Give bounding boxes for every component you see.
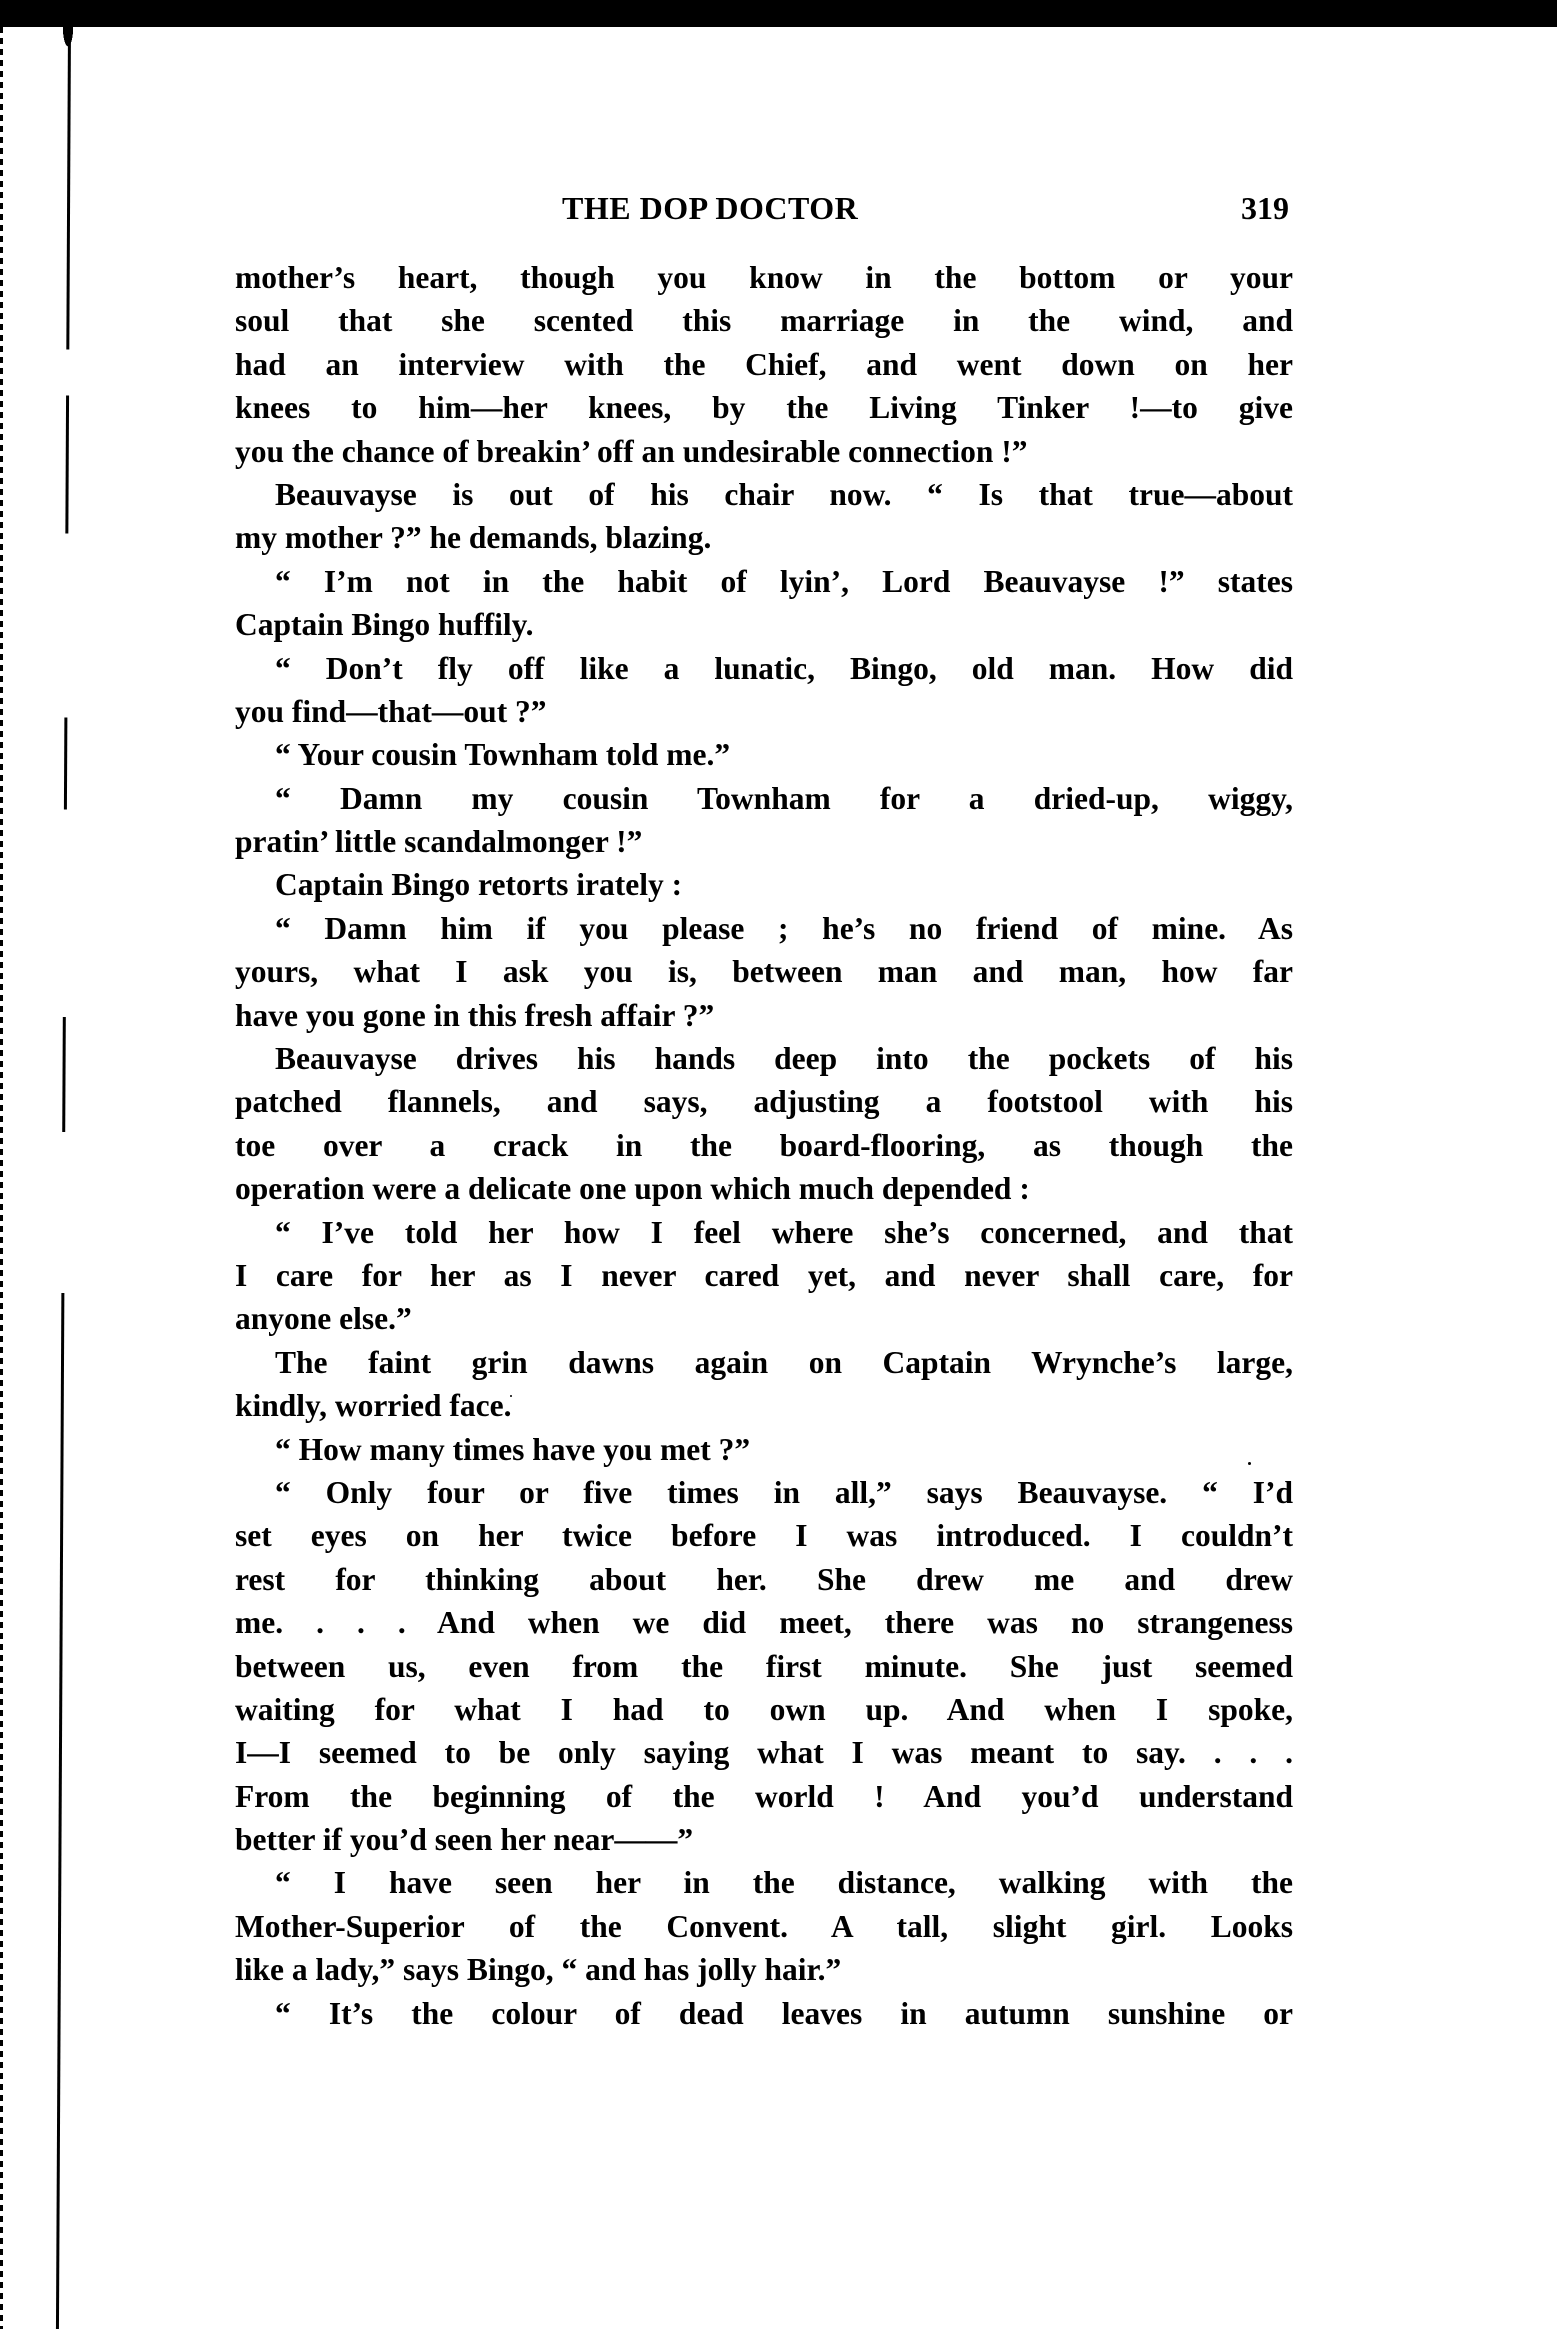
text-line: Beauvayse drives his hands deep into the…: [235, 1037, 1293, 1080]
text-line: “ I have seen her in the distance, walki…: [235, 1861, 1293, 1904]
scan-gutter-notch: [60, 27, 76, 57]
text-line: Beauvayse is out of his chair now. “ Is …: [235, 473, 1293, 516]
text-line: Mother-Superior of the Convent. A tall, …: [235, 1905, 1293, 1948]
text-line: set eyes on her twice before I was intro…: [235, 1514, 1293, 1557]
text-line: yours, what I ask you is, between man an…: [235, 950, 1293, 993]
text-line: between us, even from the first minute. …: [235, 1645, 1293, 1688]
text-line: had an interview with the Chief, and wen…: [235, 343, 1293, 386]
running-head: THE DOP DOCTOR 319: [235, 190, 1293, 234]
text-line: The faint grin dawns again on Captain Wr…: [235, 1341, 1293, 1384]
text-line: I—I seemed to be only saying what I was …: [235, 1731, 1293, 1774]
text-line: “ Damn my cousin Townham for a dried-up,…: [235, 777, 1293, 820]
scan-gutter-line: [56, 27, 71, 2329]
scan-speck: [1248, 1462, 1251, 1465]
text-line: “ I’m not in the habit of lyin’, Lord Be…: [235, 560, 1293, 603]
scan-left-edge-line: [0, 27, 3, 2329]
scan-top-border: [0, 0, 1557, 27]
text-line: “ How many times have you met ?”: [235, 1428, 1293, 1471]
text-line: you find—that—out ?”: [235, 690, 1293, 733]
text-line: “ Only four or five times in all,” says …: [235, 1471, 1293, 1514]
text-line: operation were a delicate one upon which…: [235, 1167, 1293, 1210]
text-line: rest for thinking about her. She drew me…: [235, 1558, 1293, 1601]
book-title: THE DOP DOCTOR: [562, 190, 858, 227]
text-line: my mother ?” he demands, blazing.: [235, 516, 1293, 559]
text-line: From the beginning of the world ! And yo…: [235, 1775, 1293, 1818]
text-line: Captain Bingo retorts irately :: [235, 863, 1293, 906]
text-line: like a lady,” says Bingo, “ and has joll…: [235, 1948, 1293, 1991]
text-line: Captain Bingo huffily.: [235, 603, 1293, 646]
text-line: toe over a crack in the board-flooring, …: [235, 1124, 1293, 1167]
text-line: waiting for what I had to own up. And wh…: [235, 1688, 1293, 1731]
text-line: I care for her as I never cared yet, and…: [235, 1254, 1293, 1297]
text-line: “ Damn him if you please ; he’s no frien…: [235, 907, 1293, 950]
text-line: knees to him—her knees, by the Living Ti…: [235, 386, 1293, 429]
scanned-book-page: THE DOP DOCTOR 319 mother’s heart, thoug…: [0, 0, 1557, 2329]
text-line: “ I’ve told her how I feel where she’s c…: [235, 1211, 1293, 1254]
text-line: mother’s heart, though you know in the b…: [235, 256, 1293, 299]
page-number: 319: [1241, 190, 1289, 227]
text-line: kindly, worried face.: [235, 1384, 1293, 1427]
text-line: anyone else.”: [235, 1297, 1293, 1340]
text-line: me. . . . And when we did meet, there wa…: [235, 1601, 1293, 1644]
text-line: have you gone in this fresh affair ?”: [235, 994, 1293, 1037]
text-line: soul that she scented this marriage in t…: [235, 299, 1293, 342]
text-line: “ Your cousin Townham told me.”: [235, 733, 1293, 776]
text-line: better if you’d seen her near——”: [235, 1818, 1293, 1861]
text-line: “ Don’t fly off like a lunatic, Bingo, o…: [235, 647, 1293, 690]
text-line: pratin’ little scandalmonger !”: [235, 820, 1293, 863]
text-line: “ It’s the colour of dead leaves in autu…: [235, 1992, 1293, 2035]
body-text: mother’s heart, though you know in the b…: [235, 256, 1293, 2035]
scan-speck: [510, 1395, 512, 1397]
text-line: you the chance of breakin’ off an undesi…: [235, 430, 1293, 473]
text-line: patched flannels, and says, adjusting a …: [235, 1080, 1293, 1123]
